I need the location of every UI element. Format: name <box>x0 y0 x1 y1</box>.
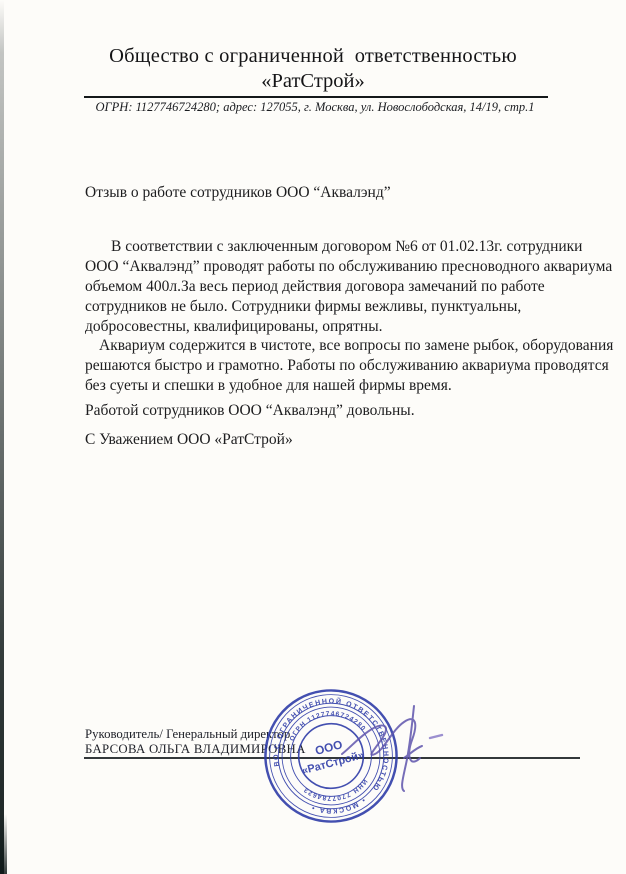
scan-edge-artifact-corner <box>0 814 7 874</box>
paragraph-1-line: добросовестны, квалифицированы, опрятны. <box>85 317 600 337</box>
letterhead-divider <box>84 96 548 98</box>
handwritten-signature <box>330 696 500 806</box>
letterhead-org-name-line2: «РатСтрой» <box>0 70 626 93</box>
letterhead-org-name-line1: Общество с ограниченной ответственностью <box>0 45 626 68</box>
paragraph-1: В соответствии с заключенным договором №… <box>85 237 600 337</box>
closing-statement: Работой сотрудников ООО “Аквалэнд” довол… <box>85 402 415 420</box>
paragraph-2-line: Аквариум содержится в чистоте, все вопро… <box>85 336 600 356</box>
paragraph-2: Аквариум содержится в чистоте, все вопро… <box>85 336 600 396</box>
paragraph-1-line: объемом 400л.За весь период действия дог… <box>85 277 600 297</box>
letterhead-registration-line: ОГРН: 1127746724280; адрес: 127055, г. М… <box>60 100 570 115</box>
paragraph-1-line: сотрудников не было. Сотрудники фирмы ве… <box>85 297 600 317</box>
scan-edge-artifact <box>0 0 4 874</box>
document-page: Общество с ограниченной ответственностью… <box>0 0 626 874</box>
document-title: Отзыв о работе сотрудников ООО “Аквалэнд… <box>85 184 391 202</box>
paragraph-1-line: В соответствии с заключенным договором №… <box>85 237 600 257</box>
closing-salutation: С Уважением ООО «РатСтрой» <box>85 431 293 449</box>
paragraph-1-line: ООО “Аквалэнд” проводят работы по обслуж… <box>85 257 600 277</box>
paragraph-2-line: решаются быстро и грамотно. Работы по об… <box>85 356 600 376</box>
paragraph-2-line: без суеты и спешки в удобное для нашей ф… <box>85 376 600 396</box>
